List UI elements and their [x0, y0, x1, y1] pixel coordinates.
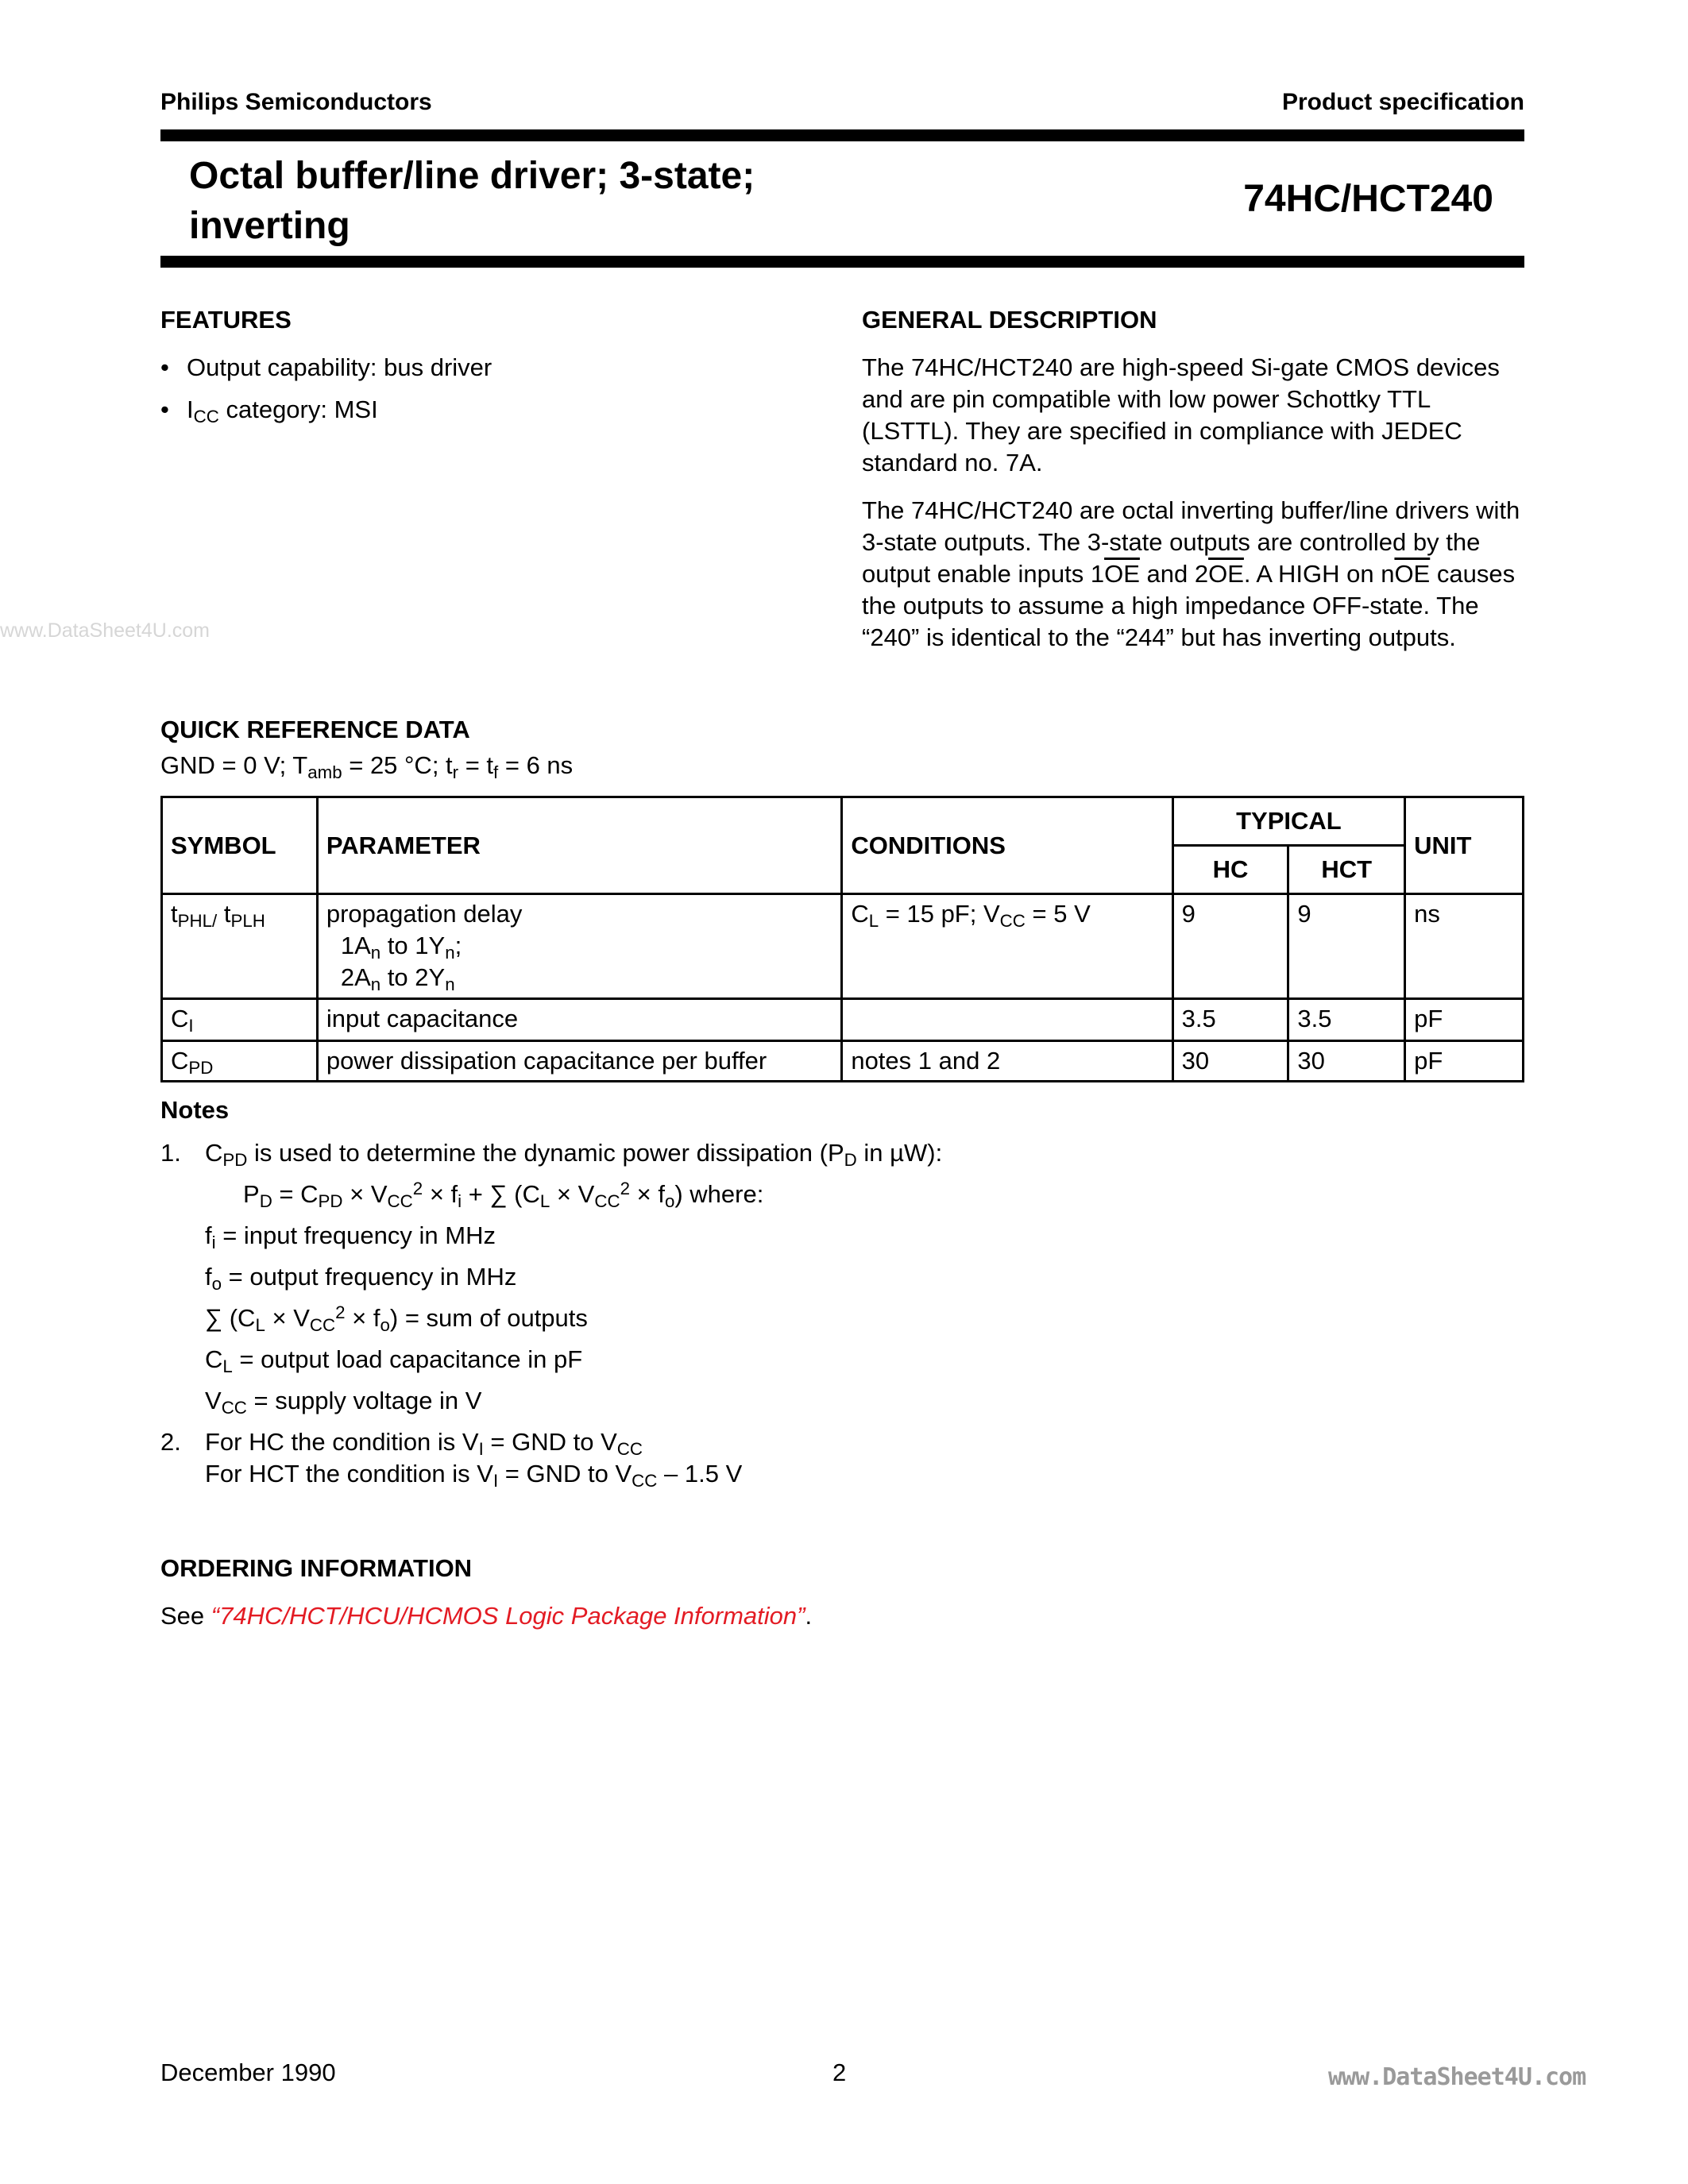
title-line-2: inverting: [189, 201, 755, 251]
cell-parameter: propagation delay 1An to 1Yn; 2An to 2Yn: [317, 894, 841, 999]
cell-symbol: CPD: [162, 1041, 318, 1082]
general-description-heading: GENERAL DESCRIPTION: [862, 306, 1157, 334]
cell-hct: 3.5: [1288, 999, 1405, 1041]
subscript: n: [371, 974, 380, 994]
note-1-def: fi = input frequency in MHz: [160, 1220, 1352, 1252]
header-rule-top: [160, 129, 1524, 141]
description-paragraph-1: The 74HC/HCT240 are high-speed Si-gate C…: [862, 352, 1529, 479]
text: C: [851, 900, 868, 928]
header-rule-bottom: [160, 256, 1524, 268]
param-line: 1An to 1Yn;: [326, 930, 832, 962]
cell-conditions: CL = 15 pF; VCC = 5 V: [842, 894, 1172, 999]
note-number: 1.: [160, 1137, 181, 1169]
param-line: 2An to 2Yn: [326, 962, 832, 994]
notes-heading: Notes: [160, 1096, 1352, 1125]
cell-parameter: power dissipation capacitance per buffer: [317, 1041, 841, 1082]
col-unit: UNIT: [1405, 797, 1524, 894]
note-2: 2. For HC the condition is VI = GND to V…: [160, 1426, 1352, 1458]
subscript: I: [188, 1016, 193, 1036]
cell-symbol: CI: [162, 999, 318, 1041]
cell-parameter: input capacitance: [317, 999, 841, 1041]
text: = 15 pF; V: [879, 900, 1000, 928]
cell-hc: 30: [1172, 1041, 1288, 1082]
ordering-heading: ORDERING INFORMATION: [160, 1554, 472, 1583]
footer-date: December 1990: [160, 2057, 336, 2089]
note-1-intro: CPD is used to determine the dynamic pow…: [160, 1137, 1352, 1169]
col-symbol: SYMBOL: [162, 797, 318, 894]
note-1: 1. CPD is used to determine the dynamic …: [160, 1137, 1352, 1169]
note-1-formula: PD = CPD × VCC2 × fi + ∑ (CL × VCC2 × fo…: [160, 1179, 1352, 1210]
cell-hct: 30: [1288, 1041, 1405, 1082]
text: and 2: [1140, 560, 1208, 588]
page-title: Octal buffer/line driver; 3-state; inver…: [189, 151, 755, 251]
text: 2A: [341, 963, 371, 991]
cell-hct: 9: [1288, 894, 1405, 999]
title-line-1: Octal buffer/line driver; 3-state;: [189, 151, 755, 201]
oe-signal: OE: [1394, 560, 1430, 588]
col-typical: TYPICAL: [1172, 797, 1405, 846]
features-heading: FEATURES: [160, 306, 292, 334]
description-paragraph-2: The 74HC/HCT240 are octal inverting buff…: [862, 495, 1529, 654]
note-1-def: ∑ (CL × VCC2 × fo) = sum of outputs: [160, 1302, 1352, 1334]
col-hct: HCT: [1288, 846, 1405, 894]
table-row: CPD power dissipation capacitance per bu…: [162, 1041, 1524, 1082]
text: 1A: [341, 932, 371, 959]
text: .: [805, 1602, 812, 1630]
document-type: Product specification: [1282, 89, 1524, 116]
note-1-def: fo = output frequency in MHz: [160, 1261, 1352, 1293]
text: to 2Y: [380, 963, 445, 991]
note-2-line-1: For HC the condition is VI = GND to VCC: [160, 1426, 1352, 1458]
feature-text: category: MSI: [219, 396, 378, 423]
text: See: [160, 1602, 211, 1630]
cell-hc: 9: [1172, 894, 1288, 999]
subscript: n: [445, 974, 454, 994]
text: . A HIGH on n: [1244, 560, 1395, 588]
cell-unit: pF: [1405, 1041, 1524, 1082]
feature-item: Output capability: bus driver: [160, 352, 796, 384]
note-1-def: CL = output load capacitance in pF: [160, 1344, 1352, 1376]
subscript: amb: [307, 762, 342, 782]
subscript: r: [453, 762, 458, 782]
ordering-text: See “74HC/HCT/HCU/HCMOS Logic Package In…: [160, 1600, 812, 1632]
text: = 6 ns: [498, 751, 573, 779]
text: = 25 °C; t: [342, 751, 453, 779]
page-number: 2: [832, 2057, 846, 2089]
cell-hc: 3.5: [1172, 999, 1288, 1041]
general-description: The 74HC/HCT240 are high-speed Si-gate C…: [862, 352, 1529, 669]
table-row: tPHL/ tPLH propagation delay 1An to 1Yn;…: [162, 894, 1524, 999]
text: propagation delay: [326, 900, 522, 928]
col-parameter: PARAMETER: [317, 797, 841, 894]
text: = 5 V: [1026, 900, 1091, 928]
quick-reference-conditions: GND = 0 V; Tamb = 25 °C; tr = tf = 6 ns: [160, 750, 573, 781]
text: C: [171, 1005, 188, 1032]
subscript: PLH: [230, 911, 265, 931]
quick-reference-heading: QUICK REFERENCE DATA: [160, 716, 470, 744]
side-watermark: www.DataSheet4U.com: [0, 619, 210, 642]
subscript: L: [869, 911, 879, 931]
col-conditions: CONDITIONS: [842, 797, 1172, 894]
text: = t: [458, 751, 493, 779]
cell-symbol: tPHL/ tPLH: [162, 894, 318, 999]
subscript: n: [371, 943, 380, 963]
package-info-link[interactable]: “74HC/HCT/HCU/HCMOS Logic Package Inform…: [211, 1602, 805, 1630]
note-2-line-2: For HCT the condition is VI = GND to VCC…: [160, 1458, 1352, 1490]
text: C: [171, 1047, 188, 1075]
text: t: [217, 900, 230, 928]
subscript: n: [445, 943, 454, 963]
cell-unit: pF: [1405, 999, 1524, 1041]
feature-item: ICC category: MSI: [160, 394, 796, 426]
text: t: [171, 900, 178, 928]
footer-watermark: www.DataSheet4U.com: [1328, 2063, 1586, 2091]
col-hc: HC: [1172, 846, 1288, 894]
feature-subscript: CC: [194, 407, 219, 426]
subscript: PD: [188, 1058, 213, 1078]
company-name: Philips Semiconductors: [160, 89, 432, 116]
note-1-def: VCC = supply voltage in V: [160, 1385, 1352, 1417]
note-number: 2.: [160, 1426, 181, 1458]
table-row: CI input capacitance 3.5 3.5 pF: [162, 999, 1524, 1041]
text: ;: [455, 932, 462, 959]
subscript: CC: [1000, 911, 1026, 931]
feature-text: Output capability: bus driver: [187, 353, 492, 381]
text: to 1Y: [380, 932, 445, 959]
cell-conditions: notes 1 and 2: [842, 1041, 1172, 1082]
feature-symbol: I: [187, 396, 194, 423]
cell-unit: ns: [1405, 894, 1524, 999]
oe-signal: OE: [1104, 560, 1140, 588]
part-number: 74HC/HCT240: [1243, 177, 1493, 221]
text: GND = 0 V; T: [160, 751, 307, 779]
cell-conditions: [842, 999, 1172, 1041]
oe-signal: OE: [1208, 560, 1244, 588]
quick-reference-table: SYMBOL PARAMETER CONDITIONS TYPICAL UNIT…: [160, 796, 1524, 1082]
notes-section: Notes 1. CPD is used to determine the dy…: [160, 1096, 1352, 1499]
subscript: PHL/: [178, 911, 218, 931]
features-list: Output capability: bus driver ICC catego…: [160, 352, 796, 436]
